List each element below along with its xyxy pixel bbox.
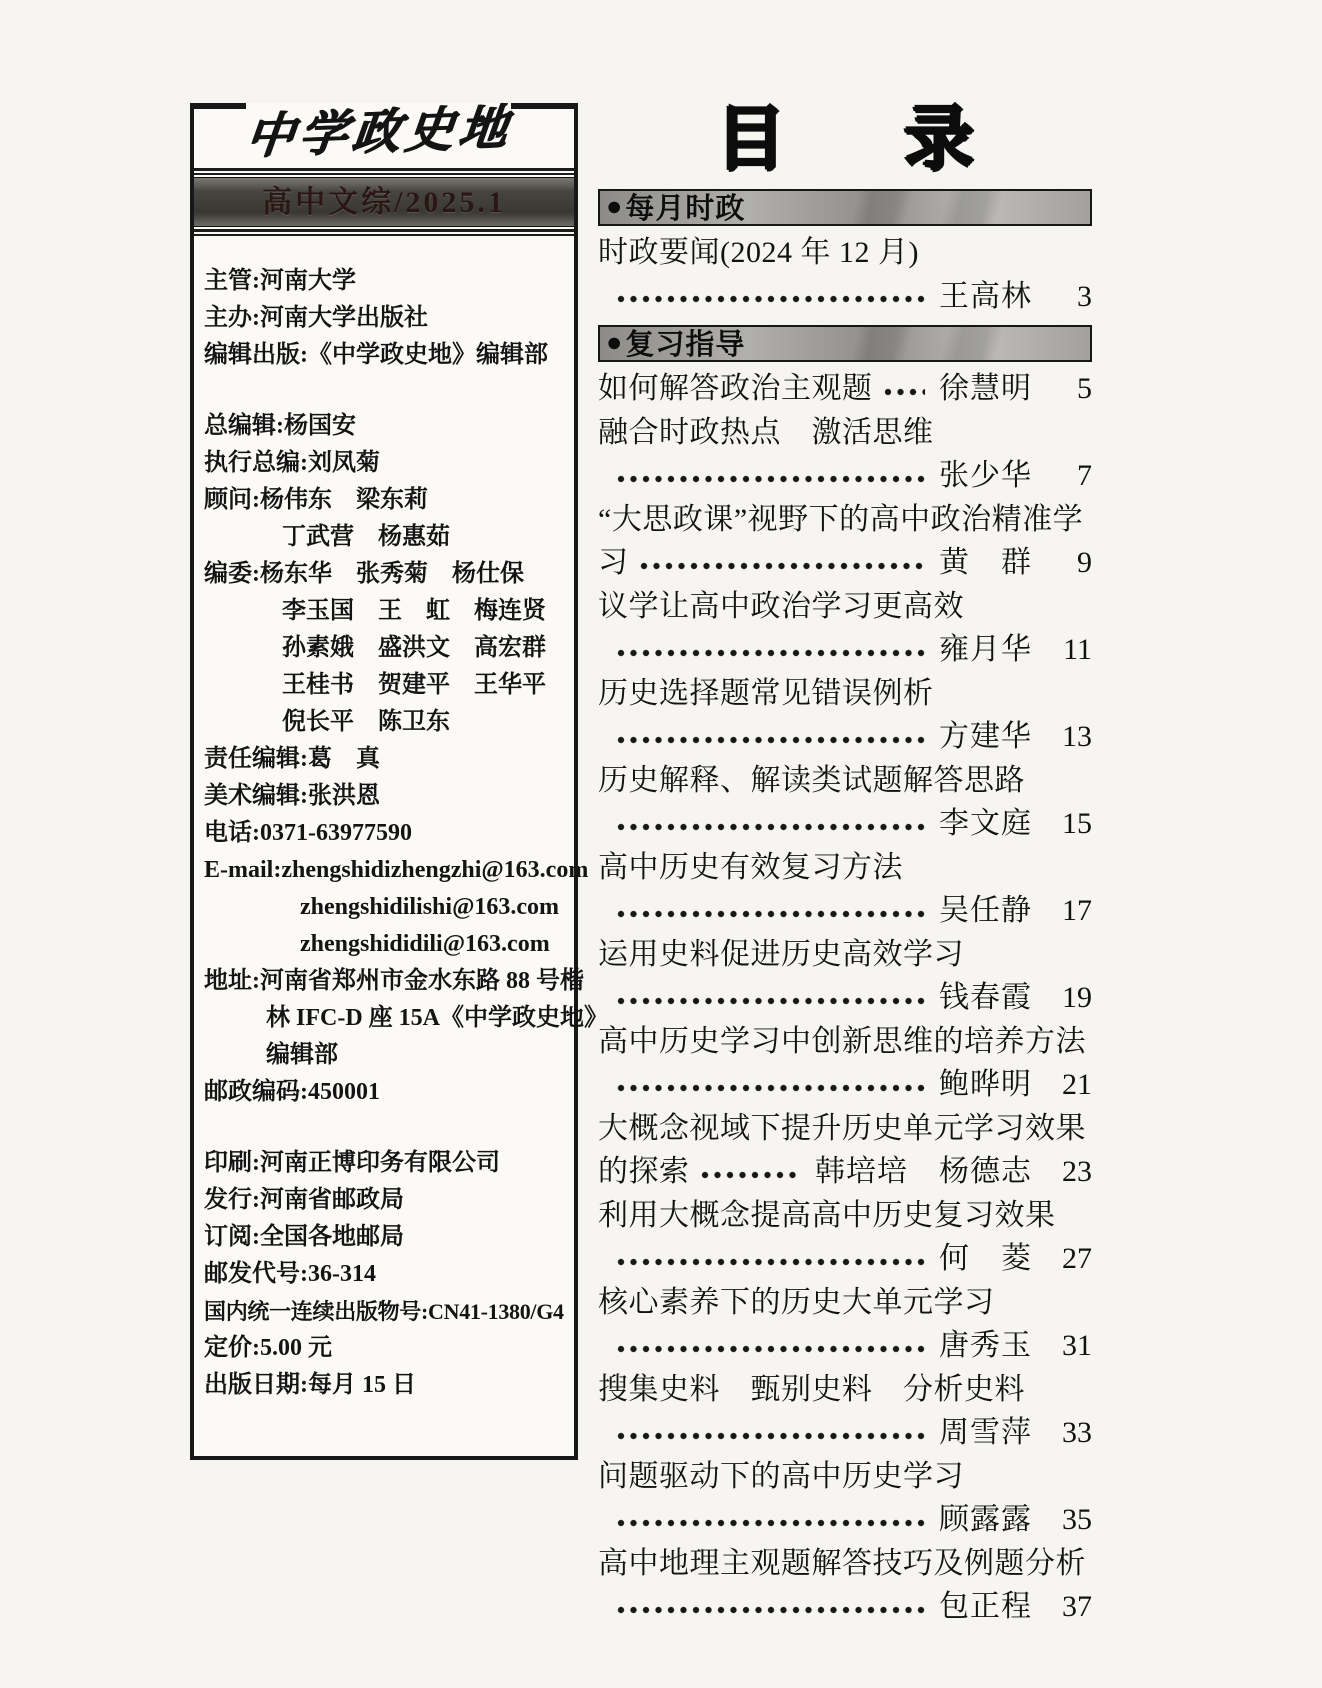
double-rule-divider (194, 229, 574, 236)
masthead-line: E-mail:zhengshidizhengzhi@163.com (204, 852, 570, 889)
dot-leader-icon (883, 387, 926, 397)
masthead-line: 美术编辑:张洪恩 (204, 778, 570, 815)
masthead-line: 订阅:全国各地邮局 (204, 1219, 570, 1256)
toc-author: 李文庭 (939, 802, 1032, 846)
toc-heading: 目 录 (598, 100, 1092, 182)
toc-article-title-row: 核心素养下的历史大单元学习 (598, 1281, 1092, 1325)
toc-leader-row: 唐秀玉31 (598, 1324, 1092, 1368)
dot-leader-icon (616, 1605, 925, 1615)
toc-leader-row: 的探索韩培培 杨德志23 (598, 1150, 1092, 1194)
toc-heading-char-left: 目 (716, 100, 786, 182)
top-border-left-segment (194, 103, 246, 119)
dot-leader-icon (616, 1518, 925, 1528)
toc-leader-row: 周雪萍33 (598, 1411, 1092, 1455)
dot-leader-icon (616, 822, 925, 832)
toc-leader-row: 包正程37 (598, 1585, 1092, 1629)
section-bullet-icon: ● (606, 193, 622, 220)
toc-article-title: 利用大概念提高高中历史复习效果 (598, 1194, 1056, 1238)
masthead-line: 主办:河南大学出版社 (204, 300, 570, 337)
toc-article-title-row: 搜集史料 甄别史料 分析史料 (598, 1368, 1092, 1412)
toc-article-title-row: 利用大概念提高高中历史复习效果 (598, 1194, 1092, 1238)
masthead-gap (204, 374, 570, 408)
toc-article-title: 习 (598, 541, 629, 585)
toc-author: 包正程 (939, 1585, 1032, 1629)
toc-article-title-row: 时政要闻(2024 年 12 月) (598, 231, 1092, 275)
toc-article-title-row: 运用史料促进历史高效学习 (598, 933, 1092, 977)
toc-leader-row: 吴任静17 (598, 889, 1092, 933)
masthead-gap (204, 1111, 570, 1145)
toc-article-title: 历史选择题常见错误例析 (598, 672, 934, 716)
toc-author: 唐秀玉 (939, 1324, 1032, 1368)
toc-article-title-row: 历史解释、解读类试题解答思路 (598, 759, 1092, 803)
toc-article-title: 搜集史料 甄别史料 分析史料 (598, 1368, 1025, 1412)
toc-author: 顾露露 (939, 1498, 1032, 1542)
toc-article-title-row: 高中历史学习中创新思维的培养方法 (598, 1020, 1092, 1064)
toc-article-title: 议学让高中政治学习更高效 (598, 585, 964, 629)
toc-author: 张少华 (939, 454, 1032, 498)
masthead-box: 中学政史地 高中文综/2025.1 主管:河南大学主办:河南大学出版社编辑出版:… (190, 103, 578, 1460)
masthead-line: 发行:河南省邮政局 (204, 1182, 570, 1219)
section-bullet-icon: ● (606, 329, 622, 356)
dot-leader-icon (616, 1344, 925, 1354)
toc-leader-row: 钱春霞19 (598, 976, 1092, 1020)
toc-author: 韩培培 杨德志 (815, 1150, 1032, 1194)
dot-leader-icon (616, 294, 925, 304)
toc-page-number: 7 (1048, 454, 1092, 498)
masthead-line: 邮政编码:450001 (204, 1074, 570, 1111)
toc-author: 黄 群 (939, 541, 1032, 585)
toc-page-number: 31 (1048, 1324, 1092, 1368)
dot-leader-icon (616, 1431, 925, 1441)
masthead-line: 国内统一连续出版物号:CN41-1380/G4 (204, 1293, 570, 1330)
toc-leader-row: 习黄 群9 (598, 541, 1092, 585)
toc-section-bar: ●每月时政 (598, 189, 1092, 226)
journal-title: 中学政史地 (242, 98, 514, 167)
toc-article-title-row: “大思政课”视野下的高中政治精准学 (598, 498, 1092, 542)
masthead-line: 王桂书 贺建平 王华平 (204, 667, 570, 704)
dot-leader-icon (616, 474, 925, 484)
masthead-line: 出版日期:每月 15 日 (204, 1367, 570, 1404)
masthead-line: 总编辑:杨国安 (204, 408, 570, 445)
toc-author: 鲍晔明 (939, 1063, 1032, 1107)
toc-article-title: 高中历史有效复习方法 (598, 846, 903, 890)
toc-leader-row: 王高林3 (598, 275, 1092, 319)
masthead-line: zhengshidilishi@163.com (204, 889, 570, 926)
masthead-line: 执行总编:刘凤菊 (204, 445, 570, 482)
toc-heading-char-right: 录 (904, 100, 974, 182)
toc-page-number: 23 (1048, 1150, 1092, 1194)
toc-article-title: 融合时政热点 激活思维 (598, 411, 934, 455)
toc-leader-row: 雍月华11 (598, 628, 1092, 672)
toc-article-title: 问题驱动下的高中历史学习 (598, 1455, 964, 1499)
masthead-line: 编委:杨东华 张秀菊 杨仕保 (204, 556, 570, 593)
dot-leader-icon (616, 735, 925, 745)
toc-article-title: 大概念视域下提升历史单元学习效果 (598, 1107, 1086, 1151)
toc-leader-row: 张少华7 (598, 454, 1092, 498)
toc-page-number: 27 (1048, 1237, 1092, 1281)
masthead-line: 电话:0371-63977590 (204, 815, 570, 852)
dot-leader-icon (700, 1170, 802, 1180)
masthead-line: 林 IFC-D 座 15A《中学政史地》 (204, 1000, 570, 1037)
toc-page-number: 15 (1048, 802, 1092, 846)
masthead-line: 责任编辑:葛 真 (204, 741, 570, 778)
toc-list: ●每月时政时政要闻(2024 年 12 月)王高林3●复习指导如何解答政治主观题… (598, 189, 1092, 1629)
toc-page-number: 21 (1048, 1063, 1092, 1107)
toc-author: 王高林 (939, 275, 1032, 319)
masthead-line: 编辑出版:《中学政史地》编辑部 (204, 337, 570, 374)
toc-article-title: 的探索 (598, 1150, 690, 1194)
toc-article-title: 核心素养下的历史大单元学习 (598, 1281, 995, 1325)
toc-page-number: 9 (1048, 541, 1092, 585)
toc-leader-row: 顾露露35 (598, 1498, 1092, 1542)
toc-article-title-row: 高中地理主观题解答技巧及例题分析 (598, 1542, 1092, 1586)
toc-author: 何 菱 (939, 1237, 1032, 1281)
toc-article-title-row: 历史选择题常见错误例析 (598, 672, 1092, 716)
toc-author: 方建华 (939, 715, 1032, 759)
toc-author: 周雪萍 (939, 1411, 1032, 1455)
toc-article-title: 历史解释、解读类试题解答思路 (598, 759, 1025, 803)
masthead-lines: 主管:河南大学主办:河南大学出版社编辑出版:《中学政史地》编辑部总编辑:杨国安执… (194, 237, 574, 1404)
toc-leader-row: 方建华13 (598, 715, 1092, 759)
toc-article-title: 运用史料促进历史高效学习 (598, 933, 964, 977)
top-border-right-segment (511, 103, 574, 119)
toc-article-title-row: 融合时政热点 激活思维 (598, 411, 1092, 455)
masthead-line: 地址:河南省郑州市金水东路 88 号楷 (204, 963, 570, 1000)
masthead-line: zhengshididili@163.com (204, 926, 570, 963)
masthead-line: 主管:河南大学 (204, 263, 570, 300)
masthead-line: 倪长平 陈卫东 (204, 704, 570, 741)
masthead-line: 孙素娥 盛洪文 高宏群 (204, 630, 570, 667)
toc-article-title: 时政要闻(2024 年 12 月) (598, 231, 919, 275)
toc-section-bar: ●复习指导 (598, 325, 1092, 362)
masthead-top: 中学政史地 (194, 103, 574, 167)
masthead-line: 邮发代号:36-314 (204, 1256, 570, 1293)
masthead-line: 编辑部 (204, 1037, 570, 1074)
dot-leader-icon (616, 996, 925, 1006)
toc-article-title: 高中历史学习中创新思维的培养方法 (598, 1020, 1086, 1064)
masthead-line: 定价:5.00 元 (204, 1330, 570, 1367)
toc-article-title-row: 议学让高中政治学习更高效 (598, 585, 1092, 629)
toc-page-number: 33 (1048, 1411, 1092, 1455)
toc-leader-row: 鲍晔明21 (598, 1063, 1092, 1107)
toc-article-title-row: 大概念视域下提升历史单元学习效果 (598, 1107, 1092, 1151)
dot-leader-icon (616, 1257, 925, 1267)
masthead-line: 丁武营 杨惠茹 (204, 519, 570, 556)
dot-leader-icon (639, 561, 926, 571)
dot-leader-icon (616, 909, 925, 919)
toc-section-label: 每月时政 (625, 186, 745, 227)
issue-bar: 高中文综/2025.1 (194, 177, 574, 227)
toc-author: 吴任静 (939, 889, 1032, 933)
toc-author: 雍月华 (939, 628, 1032, 672)
toc-page-number: 13 (1048, 715, 1092, 759)
toc-leader-row: 李文庭15 (598, 802, 1092, 846)
toc-author: 徐慧明 (939, 367, 1032, 411)
toc-page-number: 35 (1048, 1498, 1092, 1542)
toc-page-number: 3 (1048, 275, 1092, 319)
masthead-line: 印刷:河南正博印务有限公司 (204, 1145, 570, 1182)
toc-section-label: 复习指导 (625, 322, 745, 363)
toc-article-title: 高中地理主观题解答技巧及例题分析 (598, 1542, 1086, 1586)
toc-page-number: 5 (1048, 367, 1092, 411)
toc-leader-row: 如何解答政治主观题徐慧明5 (598, 367, 1092, 411)
toc-article-title: 如何解答政治主观题 (598, 367, 873, 411)
toc-page-number: 11 (1048, 628, 1092, 672)
toc-article-title: “大思政课”视野下的高中政治精准学 (598, 498, 1083, 542)
toc-article-title-row: 问题驱动下的高中历史学习 (598, 1455, 1092, 1499)
toc-author: 钱春霞 (939, 976, 1032, 1020)
toc-page-number: 37 (1048, 1585, 1092, 1629)
masthead-line: 李玉国 王 虹 梅连贤 (204, 593, 570, 630)
table-of-contents: 目 录 ●每月时政时政要闻(2024 年 12 月)王高林3●复习指导如何解答政… (598, 100, 1092, 1629)
toc-page-number: 17 (1048, 889, 1092, 933)
toc-leader-row: 何 菱27 (598, 1237, 1092, 1281)
dot-leader-icon (616, 1083, 925, 1093)
masthead-line: 顾问:杨伟东 梁东莉 (204, 482, 570, 519)
toc-article-title-row: 高中历史有效复习方法 (598, 846, 1092, 890)
double-rule-divider (194, 168, 574, 175)
dot-leader-icon (616, 648, 925, 658)
toc-page-number: 19 (1048, 976, 1092, 1020)
